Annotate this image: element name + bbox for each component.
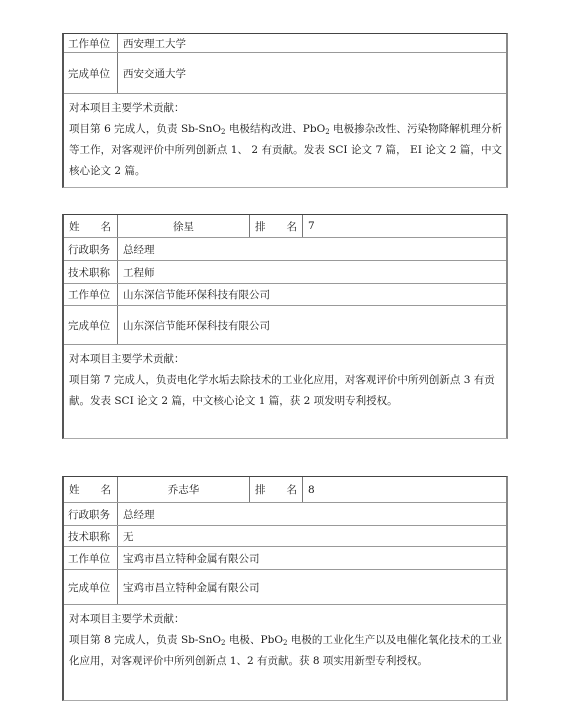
rank-label: 排名 [250,215,303,237]
tech-title-row: 技术职称 无 [64,526,506,547]
name-row: 姓名 徐星 排名 7 [64,215,506,238]
work-unit-row: 工作单位 宝鸡市昌立特种金属有限公司 [64,547,506,570]
contributor-table-8: 姓名 乔志华 排名 8 行政职务 总经理 技术职称 无 工作单位 宝鸡市昌立特种… [62,476,508,701]
name-row: 姓名 乔志华 排名 8 [64,477,506,503]
work-unit-row: 工作单位 西安理工大学 [64,34,506,53]
tech-title-row: 技术职称 工程师 [64,261,506,284]
name-label: 姓名 [64,215,118,237]
name-value: 乔志华 [118,477,250,502]
contributor-table-6: 工作单位 西安理工大学 完成单位 西安交通大学 对本项目主要学术贡献： 项目第 … [62,33,508,188]
admin-position-row: 行政职务 总经理 [64,503,506,526]
work-unit-label: 工作单位 [64,284,118,305]
completion-unit-value: 西安交通大学 [118,53,506,93]
rank-value: 8 [303,477,506,502]
contribution-cell: 对本项目主要学术贡献： 项目第 6 完成人，负责 Sb-SnO2 电极结构改进、… [64,94,506,182]
contribution-text: 项目第 6 完成人，负责 Sb-SnO2 电极结构改进、PbO2 电极掺杂改性、… [69,119,502,182]
completion-unit-label: 完成单位 [64,570,118,604]
contribution-cell: 对本项目主要学术贡献： 项目第 7 完成人，负责电化学水垢去除技术的工业化应用，… [64,345,506,412]
name-label: 姓名 [64,477,118,502]
admin-position-label: 行政职务 [64,238,118,260]
tech-title-label: 技术职称 [64,526,118,546]
completion-unit-label: 完成单位 [64,53,118,93]
completion-unit-row: 完成单位 宝鸡市昌立特种金属有限公司 [64,570,506,605]
completion-unit-row: 完成单位 西安交通大学 [64,53,506,94]
work-unit-label: 工作单位 [64,34,118,52]
tech-title-value: 无 [118,526,506,546]
admin-position-row: 行政职务 总经理 [64,238,506,261]
contribution-row: 对本项目主要学术贡献： 项目第 8 完成人，负责 Sb-SnO2 电极、PbO2… [64,605,506,672]
rank-label: 排名 [250,477,303,502]
contributor-table-7: 姓名 徐星 排名 7 行政职务 总经理 技术职称 工程师 工作单位 山东深信节能… [62,214,508,439]
rank-value: 7 [303,215,506,237]
tech-title-label: 技术职称 [64,261,118,283]
completion-unit-value: 宝鸡市昌立特种金属有限公司 [118,570,506,604]
contribution-heading: 对本项目主要学术贡献： [69,609,502,630]
admin-position-value: 总经理 [118,503,506,525]
contribution-heading: 对本项目主要学术贡献： [69,98,502,119]
admin-position-value: 总经理 [118,238,506,260]
work-unit-row: 工作单位 山东深信节能环保科技有限公司 [64,284,506,306]
completion-unit-row: 完成单位 山东深信节能环保科技有限公司 [64,306,506,345]
contribution-heading: 对本项目主要学术贡献： [69,349,502,370]
completion-unit-value: 山东深信节能环保科技有限公司 [118,306,506,344]
work-unit-label: 工作单位 [64,547,118,569]
name-value: 徐星 [118,215,250,237]
work-unit-value: 山东深信节能环保科技有限公司 [118,284,506,305]
contribution-text: 项目第 8 完成人，负责 Sb-SnO2 电极、PbO2 电极的工业化生产以及电… [69,630,502,672]
completion-unit-label: 完成单位 [64,306,118,344]
contribution-row: 对本项目主要学术贡献： 项目第 6 完成人，负责 Sb-SnO2 电极结构改进、… [64,94,506,182]
admin-position-label: 行政职务 [64,503,118,525]
tech-title-value: 工程师 [118,261,506,283]
contribution-row: 对本项目主要学术贡献： 项目第 7 完成人，负责电化学水垢去除技术的工业化应用，… [64,345,506,412]
work-unit-value: 西安理工大学 [118,34,506,52]
contribution-cell: 对本项目主要学术贡献： 项目第 8 完成人，负责 Sb-SnO2 电极、PbO2… [64,605,506,672]
contribution-text: 项目第 7 完成人，负责电化学水垢去除技术的工业化应用，对客观评价中所列创新点 … [69,370,502,412]
work-unit-value: 宝鸡市昌立特种金属有限公司 [118,547,506,569]
